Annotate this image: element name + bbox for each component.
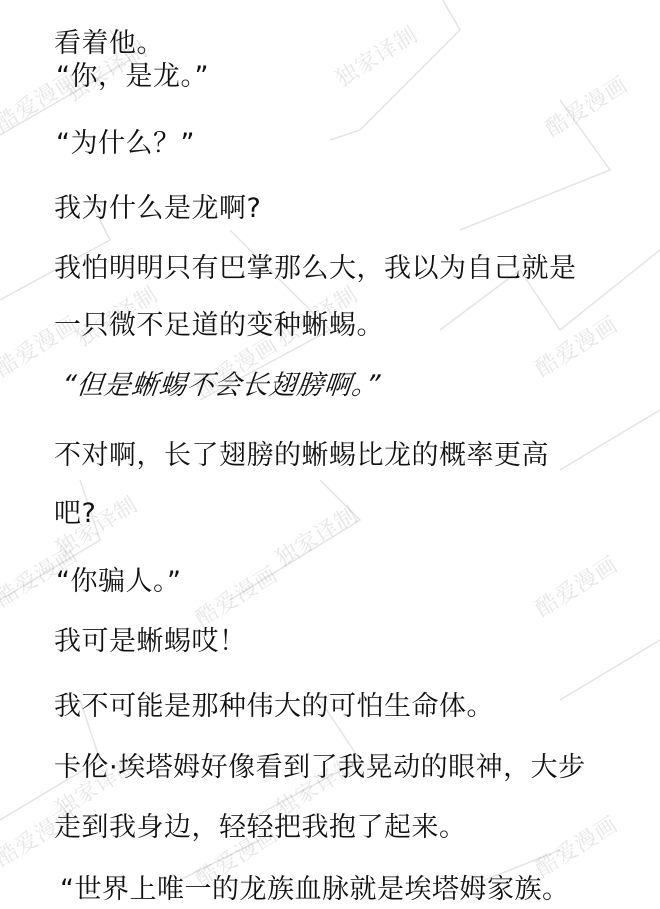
paragraph-line: 不对啊，长了翅膀的蜥蜴比龙的概率更高 [54,439,549,473]
dialogue-line: “你骗人。” [56,565,181,599]
paragraph-line: 卡伦·埃塔姆好像看到了我晃动的眼神，大步 [54,751,586,785]
dialogue-line: “世界上唯一的龙族血脉就是埃塔姆家族。 [60,873,570,907]
watermark-text: 酷爱漫画 [529,308,623,383]
paragraph-line: 吧? [54,497,96,531]
paragraph-line: 走到我身边，轻轻把我抱了起来。 [54,811,467,845]
paragraph-line: 我为什么是龙啊? [54,192,261,226]
paragraph-line: 一只微不足道的变种蜥蜴。 [54,309,384,343]
watermark-text: 酷爱漫画 [539,68,633,143]
dialogue-line: “为什么？” [56,127,195,161]
watermark-text: 酷爱漫画 [529,548,623,623]
paragraph-line: 我可是蜥蜴哎！ [54,625,247,659]
dialogue-line-italic: “但是蜥蜴不会长翅膀啊。” [60,369,382,403]
watermark-text: 酷爱漫画 [189,558,283,633]
watermark-text: 独家译制 [329,18,423,93]
paragraph-line: 我不可能是那种伟大的可怕生命体。 [54,690,494,724]
paragraph-line: 我怕明明只有巴掌那么大，我以为自己就是 [54,252,577,286]
watermark-text: 酷爱漫画 [529,808,623,883]
watermark-text: 独家译制 [269,498,363,573]
paragraph-line: 看着他。 [54,27,164,61]
dialogue-line: “你，是龙。” [56,60,209,94]
